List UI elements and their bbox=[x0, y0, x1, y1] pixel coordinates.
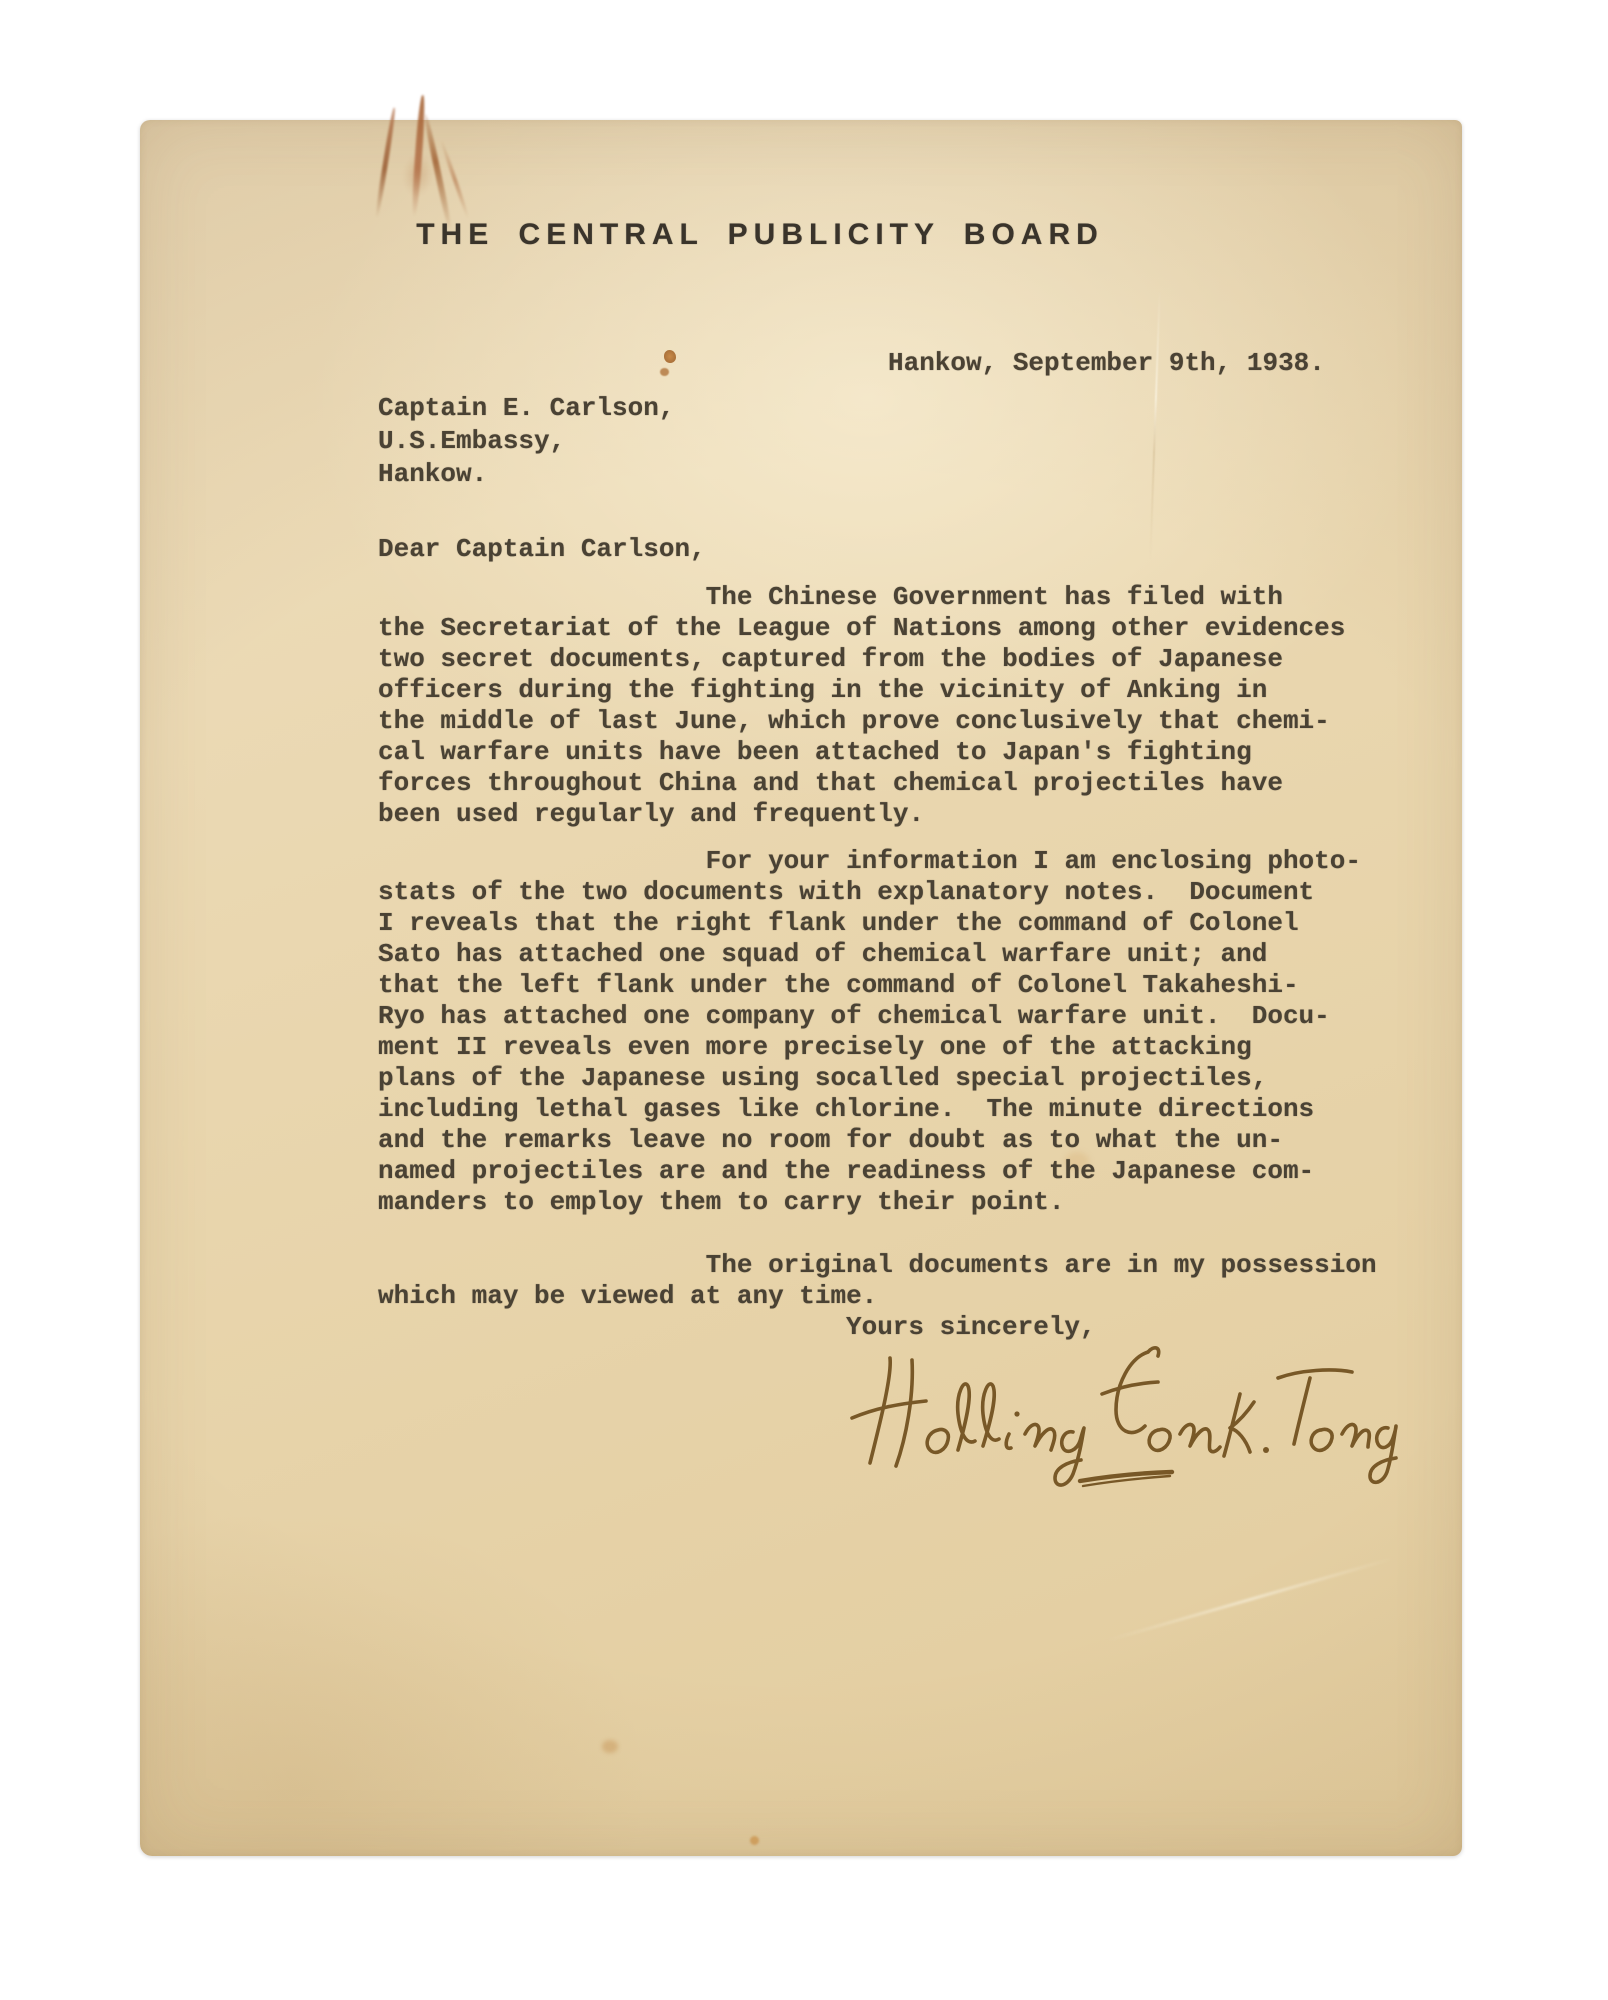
signature-ink bbox=[840, 1338, 1420, 1508]
rust-blob bbox=[401, 152, 435, 199]
rust-streak bbox=[374, 107, 396, 218]
body-paragraph-1: The Chinese Government has filed with th… bbox=[378, 582, 1345, 830]
body-paragraph-2: For your information I am enclosing phot… bbox=[378, 846, 1361, 1218]
rust-spot-near-date bbox=[658, 348, 684, 382]
body-paragraph-3: The original documents are in my possess… bbox=[378, 1250, 1377, 1312]
paper-crease bbox=[1149, 290, 1160, 560]
letter-scan: THE CENTRAL PUBLICITY BOARD Hankow, Sept… bbox=[0, 0, 1608, 2000]
salutation: Dear Captain Carlson, bbox=[378, 534, 706, 565]
dateline: Hankow, September 9th, 1938. bbox=[888, 348, 1325, 379]
letterhead-title: THE CENTRAL PUBLICITY BOARD bbox=[416, 218, 1104, 252]
signature-hollington-k-tong bbox=[840, 1338, 1420, 1508]
recipient-address: Captain E. Carlson, U.S.Embassy, Hankow. bbox=[378, 392, 674, 491]
paper-crease bbox=[1105, 1557, 1394, 1643]
foxing-spot bbox=[750, 1836, 759, 1845]
letter-paper: THE CENTRAL PUBLICITY BOARD Hankow, Sept… bbox=[140, 120, 1462, 1856]
foxing-spot bbox=[602, 1740, 618, 1753]
rust-spot bbox=[660, 368, 669, 376]
rust-spot bbox=[664, 350, 676, 363]
